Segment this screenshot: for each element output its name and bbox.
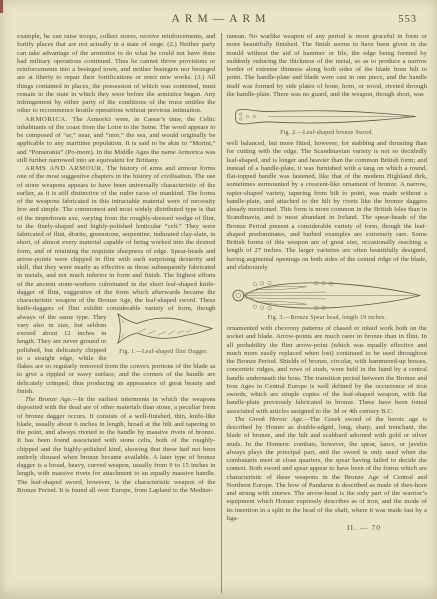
scan-artifact-mark (0, 0, 3, 13)
entry-term-armorica: ARMORICA. (25, 116, 68, 123)
paragraph-bronze-age: The Bronze Age.—In the earliest intermen… (17, 396, 216, 495)
section-lead-bronze-age: The Bronze Age.— (25, 396, 78, 403)
paragraph-greek-heroic-age: The Greek Heroic Age.—The Greek sword of… (227, 416, 428, 523)
left-column: example, he can raise troops, collect st… (17, 33, 222, 593)
paragraph-ornamented: ornamented with chevrony patterns of cha… (227, 325, 428, 416)
section-lead-greek: The Greek Heroic Age.— (235, 416, 310, 423)
paragraph-balanced: well balanced, but more fitted, however,… (227, 140, 428, 272)
right-column: ranean. No warlike weapon of any period … (222, 33, 428, 593)
running-head: ARM—ARM (17, 13, 425, 25)
text-columns: example, he can raise troops, collect st… (17, 33, 427, 593)
bronze-sword-illustration (231, 103, 423, 130)
page-header: ARM—ARM 553 (17, 13, 425, 28)
flint-dagger-illustration (112, 307, 216, 349)
entry-body-arms-a: The history of arms and armour forms one… (17, 165, 216, 312)
book-page: ARM—ARM 553 example, he can raise troops… (0, 0, 437, 599)
figure-2-caption: Fig. 2.—Leaf-shaped bronze Sword. (227, 130, 428, 137)
section-body-greek: The Greek sword of the heroic age is des… (227, 416, 428, 522)
entry-term-arms-and-armour: ARMS AND ARMOUR. (25, 165, 104, 172)
signature-mark: II. — 70 (227, 524, 428, 532)
paragraph-armorica: ARMORICA. The Armorici were, in Cæsar’s … (17, 116, 216, 166)
paragraph-armistice: example, he can raise troops, collect st… (17, 33, 216, 116)
figure-2: Fig. 2.—Leaf-shaped bronze Sword. (227, 103, 428, 137)
bronze-spearhead-illustration (229, 276, 425, 315)
paragraph-ranean: ranean. No warlike weapon of any period … (227, 33, 428, 99)
figure-1-caption: Fig. 1.—Leaf-shaped flint Dagger. (112, 349, 216, 356)
section-body-bronze-age: In the earliest interments in which the … (17, 396, 216, 494)
page-number: 553 (398, 14, 417, 25)
figure-3: Fig. 3.—Bronze Spear head, length 19 inc… (227, 276, 428, 322)
paragraph-arms-and-armour: ARMS AND ARMOUR. The history of arms and… (17, 165, 216, 396)
figure-1: Fig. 1.—Leaf-shaped flint Dagger. (112, 307, 216, 356)
figure-3-caption: Fig. 3.—Bronze Spear head, length 19 inc… (227, 315, 428, 322)
